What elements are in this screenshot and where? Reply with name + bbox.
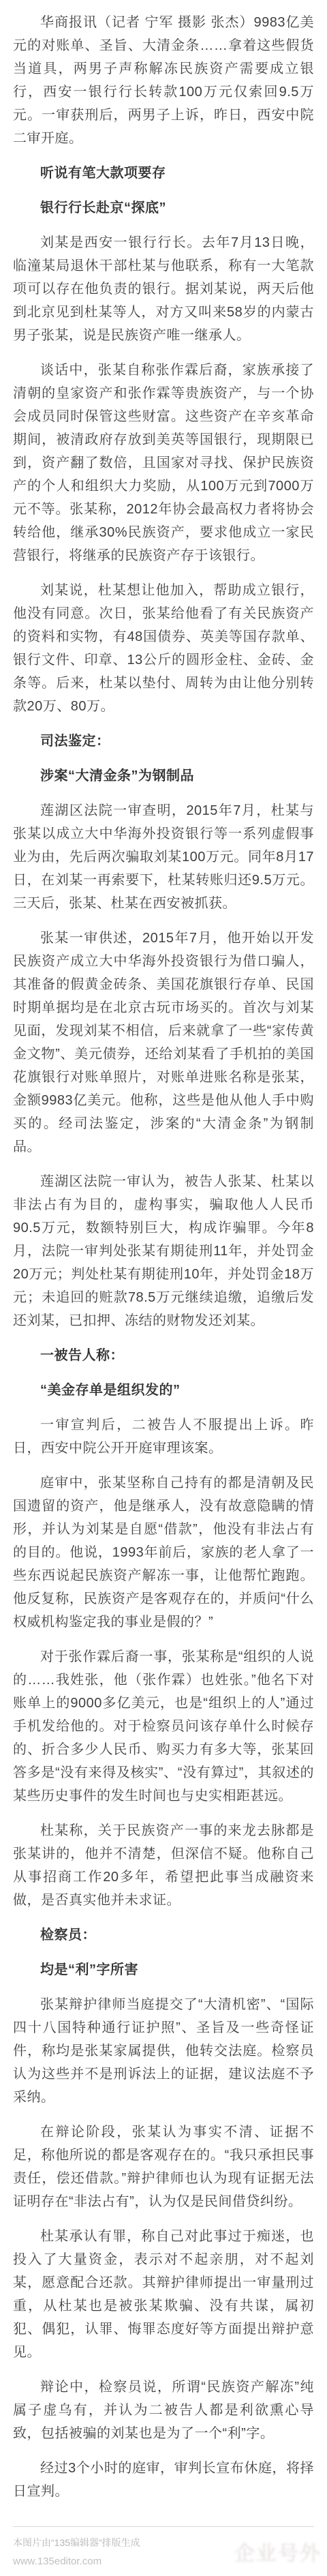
paragraph: 对于张作霖后裔一事，张某称是“组织的人说的……我姓张，他（张作霖）也姓张。”他名… (13, 1645, 314, 1808)
section-heading: 检察员： (13, 1923, 314, 1947)
paragraph: 杜某称，关于民族资产一事的来龙去脉都是张某讲的，他并不清楚，但深信不疑。他称自己… (13, 1819, 314, 1912)
paragraph: 庭审中，张某坚称自己持有的都是清朝及民国遗留的资产，他是继承人，没有故意隐瞒的情… (13, 1471, 314, 1634)
paragraph: 在辩论阶段，张某认为事实不清、证据不足，称他所说的都是客观存在的。“我只承担民事… (13, 2121, 314, 2213)
section-heading: 均是“利”字所害 (13, 1958, 314, 1981)
paragraph: 莲湖区法院一审查明，2015年7月，杜某与张某以成立大中华海外投资银行等一系列虚… (13, 799, 314, 915)
paragraph: 张某一审供述，2015年7月，他开始以开发民族资产成立大中华海外投资银行为借口骗… (13, 927, 314, 1158)
paragraph: 一审宣判后，二被告人不服提出上诉。昨日，西安中院公开开庭审理该案。 (13, 1413, 314, 1460)
paragraph: 莲湖区法院一审认为，被告人张某、杜某以非法占有为目的，虚构事实，骗取他人人民币9… (13, 1170, 314, 1332)
paragraph: 经过3个小时的庭审，审判长宣布休庭，将择日宣判。 (13, 2457, 314, 2503)
article-body: 华商报讯（记者 宁军 摄影 张杰）9983亿美元的对账单、圣旨、大清金条……拿着… (13, 11, 314, 2503)
image-footer: 本图片由“135编辑器”排版生成 www.135editor.com 企业号外 (13, 2526, 314, 2569)
footer-divider (13, 2526, 314, 2527)
section-heading: 一被告人称： (13, 1344, 314, 1367)
section-heading: “美金存单是组织发的” (13, 1379, 314, 1402)
section-heading: 司法鉴定： (13, 730, 314, 753)
paragraph: 谈话中，张某自称张作霖后裔，家族承接了清朝的皇家资产和张作霖等贵族资产，与一个协… (13, 359, 314, 567)
editor-credit-text: 本图片由“135编辑器”排版生成 (13, 2535, 314, 2550)
paragraph: 刘某说，杜某想让他加入，帮助成立银行，他没有同意。次日，张某给他看了有关民族资产… (13, 579, 314, 718)
section-heading: 涉案“大清金条”为钢制品 (13, 764, 314, 788)
editor-url-text: www.135editor.com (13, 2554, 314, 2569)
section-heading: 听说有笔大款项要存 (13, 162, 314, 185)
paragraph: 辩论中，检察员说，所谓“民族资产解冻”纯属子虚乌有，并认为二被告人都是利欲熏心导… (13, 2376, 314, 2445)
paragraph: 杜某承认有罪，称自己对此事过于痴迷，也投入了大量资金，表示对不起亲朋，对不起刘某… (13, 2225, 314, 2364)
paragraph: 张某辩护律师当庭提交了“大清机密”、“国际四十八国特种通行证护照”、圣旨及一些奇… (13, 1993, 314, 2109)
lead-paragraph: 华商报讯（记者 宁军 摄影 张杰）9983亿美元的对账单、圣旨、大清金条……拿着… (13, 11, 314, 150)
article-page: 华商报讯（记者 宁军 摄影 张杰）9983亿美元的对账单、圣旨、大清金条……拿着… (0, 0, 327, 2576)
paragraph: 刘某是西安一银行行长。去年7月13日晚，临潼某局退休干部杜某与他联系，称有一大笔… (13, 231, 314, 347)
section-heading: 银行行长赴京“探底” (13, 196, 314, 220)
